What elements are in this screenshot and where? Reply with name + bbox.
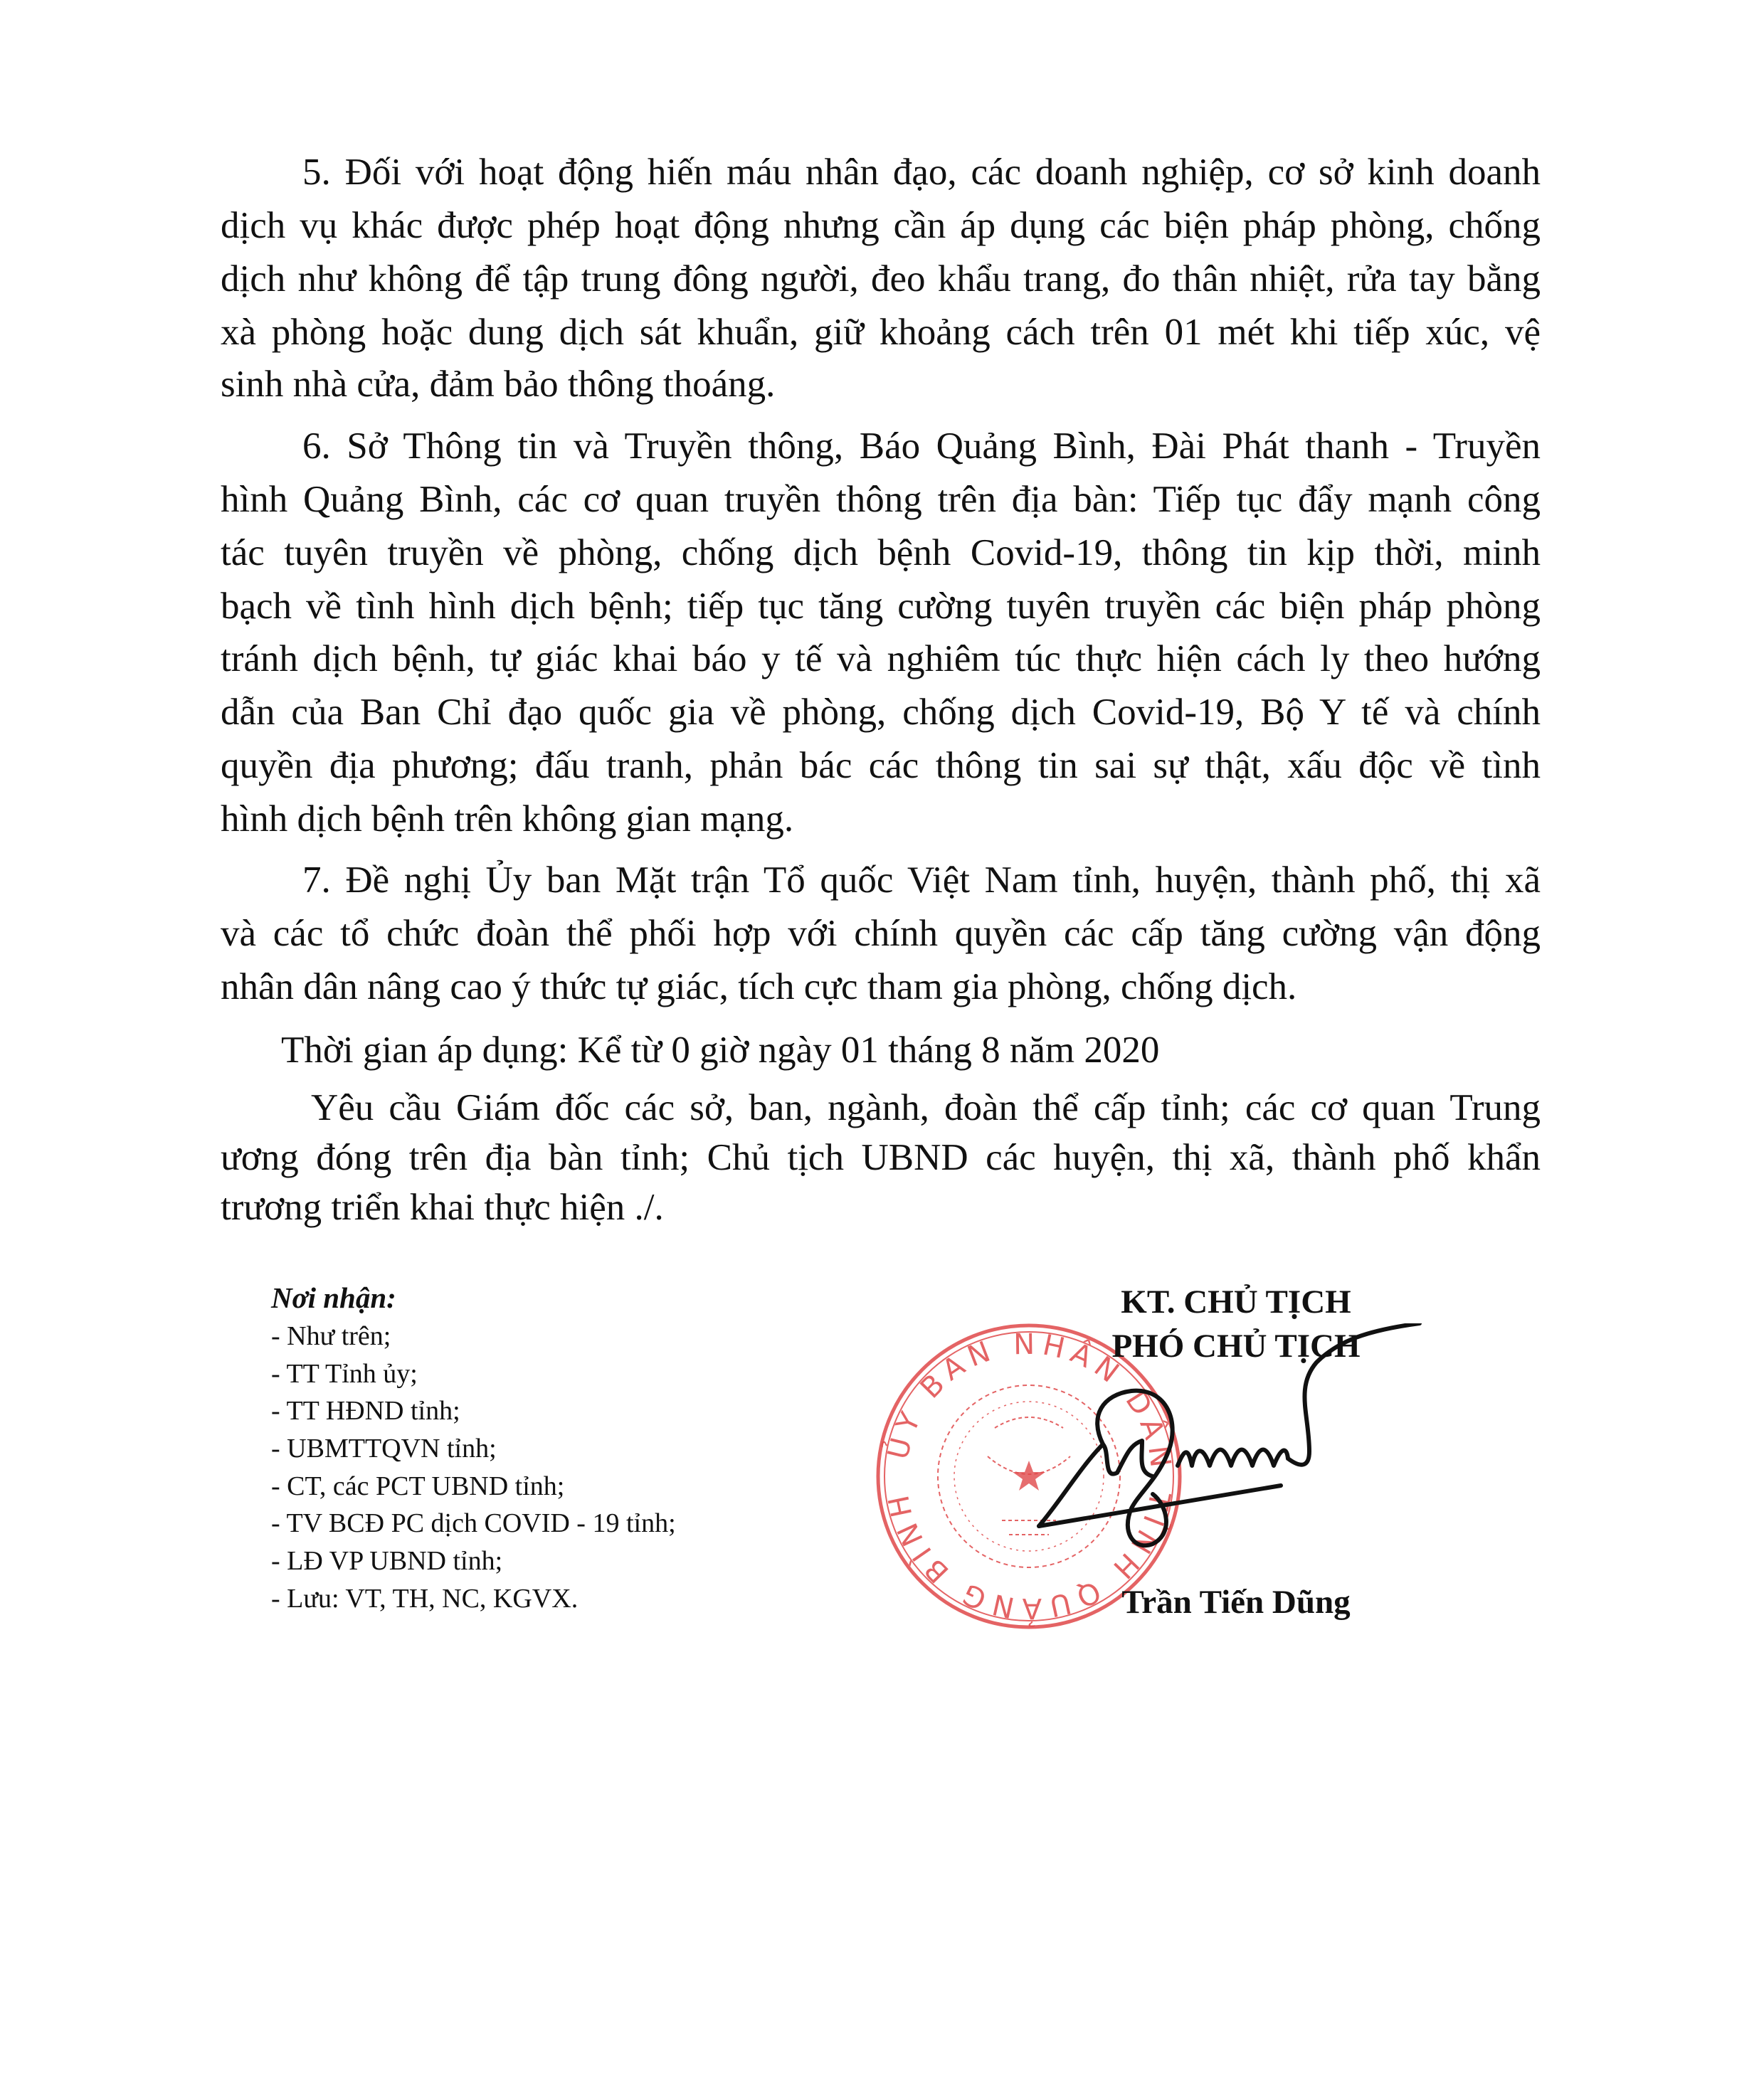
recipient-item: - TT Tỉnh ủy; bbox=[271, 1358, 418, 1390]
text-line: dịch như không để tập trung đông người, … bbox=[221, 258, 1541, 300]
text-line: nhân dân nâng cao ý thức tự giác, tích c… bbox=[221, 965, 1541, 1008]
text-line: tránh dịch bệnh, tự giác khai báo y tế v… bbox=[221, 637, 1541, 680]
text-line: quyền địa phương; đấu tranh, phản bác cá… bbox=[221, 744, 1541, 787]
text-line: 6. Sở Thông tin và Truyền thông, Báo Quả… bbox=[302, 425, 1541, 467]
text-line: bạch về tình hình dịch bệnh; tiếp tục tă… bbox=[221, 585, 1541, 628]
recipient-item: - CT, các PCT UBND tỉnh; bbox=[271, 1471, 564, 1502]
text-line: tác tuyên truyền về phòng, chống dịch bệ… bbox=[221, 531, 1541, 574]
text-line: 7. Đề nghị Ủy ban Mặt trận Tổ quốc Việt … bbox=[302, 859, 1541, 901]
text-line: Yêu cầu Giám đốc các sở, ban, ngành, đoà… bbox=[311, 1086, 1541, 1129]
handwritten-signature-icon bbox=[996, 1323, 1437, 1579]
effective-time: Thời gian áp dụng: Kể từ 0 giờ ngày 01 t… bbox=[281, 1029, 1491, 1071]
text-line: sinh nhà cửa, đảm bảo thông thoáng. bbox=[221, 363, 1541, 406]
text-line: xà phòng hoặc dung dịch sát khuẩn, giữ k… bbox=[221, 311, 1541, 354]
recipient-item: - Lưu: VT, TH, NC, KGVX. bbox=[271, 1583, 578, 1614]
text-line: 5. Đối với hoạt động hiến máu nhân đạo, … bbox=[302, 151, 1541, 194]
recipient-item: - TV BCĐ PC dịch COVID - 19 tỉnh; bbox=[271, 1508, 676, 1539]
text-line: hình dịch bệnh trên không gian mạng. bbox=[221, 798, 1541, 840]
text-line: trương triển khai thực hiện ./. bbox=[221, 1186, 1541, 1229]
text-line: dẫn của Ban Chỉ đạo quốc gia về phòng, c… bbox=[221, 691, 1541, 734]
text-line: và các tổ chức đoàn thể phối hợp với chí… bbox=[221, 912, 1541, 955]
text-line: ương đóng trên địa bàn tỉnh; Chủ tịch UB… bbox=[221, 1136, 1541, 1179]
recipient-item: - Như trên; bbox=[271, 1320, 391, 1352]
text-line: hình Quảng Bình, các cơ quan truyền thôn… bbox=[221, 478, 1541, 521]
recipients-title: Nơi nhận: bbox=[271, 1282, 396, 1313]
text-line: dịch vụ khác được phép hoạt động nhưng c… bbox=[221, 204, 1541, 247]
recipient-item: - TT HĐND tỉnh; bbox=[271, 1395, 460, 1427]
signature-title-line1: KT. CHỦ TỊCH bbox=[1051, 1283, 1421, 1320]
recipient-item: - UBMTTQVN tỉnh; bbox=[271, 1433, 497, 1464]
recipient-item: - LĐ VP UBND tỉnh; bbox=[271, 1545, 502, 1577]
signer-name: Trần Tiến Dũng bbox=[1051, 1584, 1421, 1621]
